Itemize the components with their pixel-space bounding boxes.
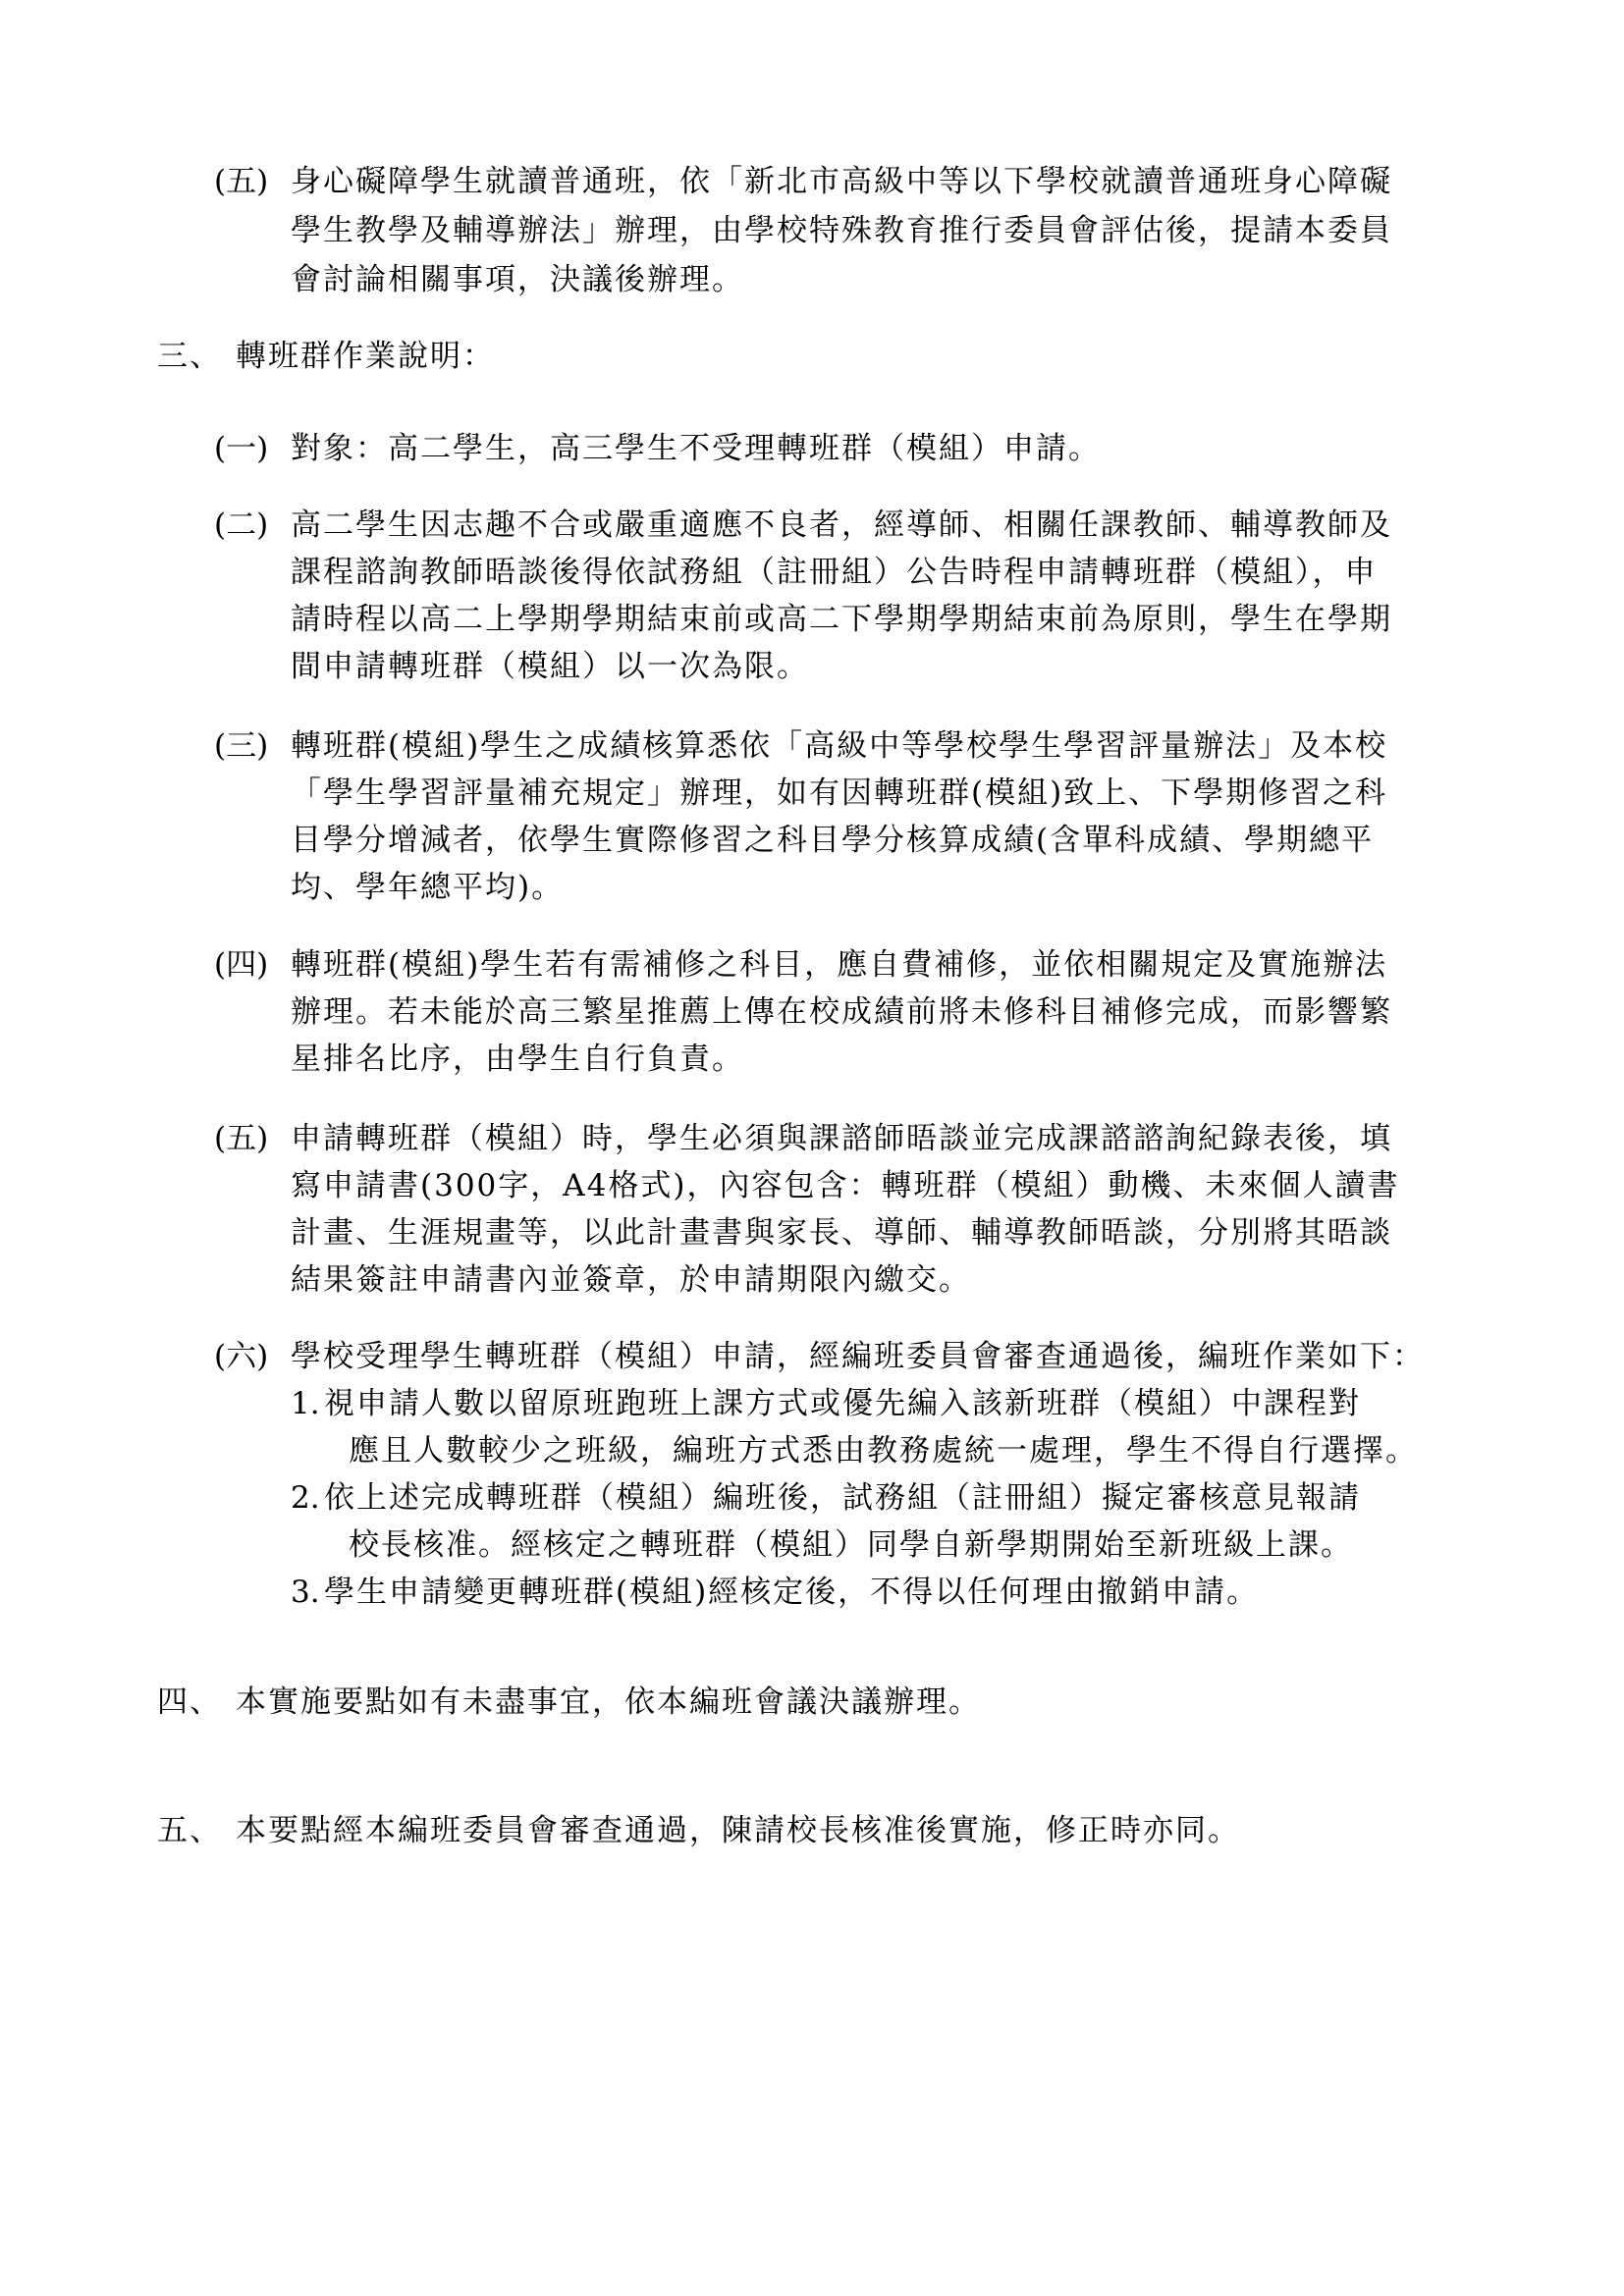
- subitem-text: 依上述完成轉班群（模組）編班後，試務組（註冊組）擬定審核意見報請: [324, 1480, 1361, 1516]
- item-text: 高二學生因志趣不合或嚴重適應不良者，經導師、相關任課教師、輔導教師及: [291, 507, 1392, 543]
- section-5: 五、本要點經本編班委員會審查通過，陳請校長核准後實施，修正時亦同。: [157, 1811, 1240, 1850]
- sec3-item2-line1: (二)高二學生因志趣不合或嚴重適應不良者，經導師、相關任課教師、輔導教師及: [214, 506, 1392, 545]
- item-text: 學校受理學生轉班群（模組）申請，經編班委員會審查通過後，編班作業如下：: [291, 1339, 1425, 1374]
- subitem-label: 3.: [291, 1573, 324, 1612]
- subitem-text: 學生申請變更轉班群(模組)經核定後，不得以任何理由撤銷申請。: [324, 1575, 1259, 1610]
- item-text: 轉班群(模組)學生若有需補修之科目，應自費補修，並依相關規定及實施辦法: [291, 947, 1387, 983]
- item-label: (五): [214, 1119, 291, 1158]
- sec3-item4-line2: 辦理。若未能於高三繁星推薦上傳在校成績前將未修科目補修完成，而影響繁: [291, 992, 1392, 1032]
- sec3-item5-line1: (五)申請轉班群（模組）時，學生必須與課諮師晤談並完成課諮諮詢紀錄表後，填: [214, 1119, 1392, 1158]
- sec2-item5-line2: 學生教學及輔導辦法」辦理，由學校特殊教育推行委員會評估後，提請本委員: [291, 211, 1392, 250]
- sec3-item3-line4: 均、學年總平均)。: [291, 868, 564, 907]
- section-number: 三、: [157, 337, 236, 376]
- section-number: 五、: [157, 1811, 236, 1850]
- sec3-item4-line3: 星排名比序，由學生自行負責。: [291, 1040, 744, 1079]
- sec3-item6-sub1-line2: 應且人數較少之班級，編班方式悉由教務處統一處理，學生不得自行選擇。: [349, 1431, 1418, 1470]
- subitem-text: 視申請人數以留原班跑班上課方式或優先編入該新班群（模組）中課程對: [324, 1386, 1361, 1421]
- subitem-label: 1.: [291, 1384, 324, 1423]
- sec3-item5-line2: 寫申請書(300字，A4格式)，內容包含：轉班群（模組）動機、未來個人讀書: [291, 1166, 1399, 1205]
- item-label: (三): [214, 726, 291, 766]
- section-3-heading: 三、轉班群作業說明：: [157, 337, 495, 376]
- sec3-item5-line3: 計畫、生涯規畫等，以此計畫書與家長、導師、輔導教師晤談，分別將其晤談: [291, 1213, 1392, 1253]
- sec3-item6-sub3-line1: 3.學生申請變更轉班群(模組)經核定後，不得以任何理由撤銷申請。: [291, 1573, 1259, 1612]
- sec3-item3-line2: 「學生學習評量補充規定」辦理，如有因轉班群(模組)致上、下學期修習之科: [291, 774, 1387, 813]
- item-label: (一): [214, 429, 291, 468]
- sec3-item3-line3: 目學分增減者，依學生實際修習之科目學分核算成績(含單科成績、學期總平: [291, 821, 1374, 860]
- sec2-item5-line1: (五)身心礙障學生就讀普通班，依「新北市高級中等以下學校就讀普通班身心障礙: [214, 162, 1392, 201]
- sec3-item1-line1: (一)對象：高二學生，高三學生不受理轉班群（模組）申請。: [214, 429, 1101, 468]
- sec3-item2-line4: 間申請轉班群（模組）以一次為限。: [291, 647, 809, 686]
- item-label: (二): [214, 506, 291, 545]
- item-text: 對象：高二學生，高三學生不受理轉班群（模組）申請。: [291, 431, 1101, 466]
- subitem-label: 2.: [291, 1478, 324, 1518]
- sec3-item4-line1: (四)轉班群(模組)學生若有需補修之科目，應自費補修，並依相關規定及實施辦法: [214, 945, 1387, 985]
- sec3-item6-sub2-line2: 校長核准。經核定之轉班群（模組）同學自新學期開始至新班級上課。: [349, 1525, 1353, 1565]
- sec3-item2-line3: 請時程以高二上學期學期結束前或高二下學期學期結束前為原則，學生在學期: [291, 600, 1392, 639]
- sec2-item5-line3: 會討論相關事項，決議後辦理。: [291, 260, 744, 299]
- item-text: 轉班群(模組)學生之成績核算悉依「高級中等學校學生學習評量辦法」及本校: [291, 728, 1387, 764]
- sec3-item6-sub1-line1: 1.視申請人數以留原班跑班上課方式或優先編入該新班群（模組）中課程對: [291, 1384, 1361, 1423]
- item-label: (四): [214, 945, 291, 985]
- sec3-item6-line1: (六)學校受理學生轉班群（模組）申請，經編班委員會審查通過後，編班作業如下：: [214, 1337, 1425, 1376]
- sec3-item6-sub2-line1: 2.依上述完成轉班群（模組）編班後，試務組（註冊組）擬定審核意見報請: [291, 1478, 1361, 1518]
- section-text: 本要點經本編班委員會審查通過，陳請校長核准後實施，修正時亦同。: [236, 1813, 1240, 1848]
- item-label: (五): [214, 162, 291, 201]
- item-text: 身心礙障學生就讀普通班，依「新北市高級中等以下學校就讀普通班身心障礙: [291, 164, 1392, 199]
- item-text: 申請轉班群（模組）時，學生必須與課諮師晤談並完成課諮諮詢紀錄表後，填: [291, 1121, 1392, 1156]
- sec3-item2-line2: 課程諮詢教師晤談後得依試務組（註冊組）公告時程申請轉班群（模組），申: [291, 553, 1378, 592]
- section-number: 四、: [157, 1682, 236, 1722]
- section-title: 轉班群作業說明：: [236, 339, 495, 374]
- sec3-item5-line4: 結果簽註申請書內並簽章，於申請期限內繳交。: [291, 1260, 971, 1300]
- document-page: (五)身心礙障學生就讀普通班，依「新北市高級中等以下學校就讀普通班身心障礙 學生…: [0, 0, 1624, 2296]
- section-4: 四、本實施要點如有未盡事宜，依本編班會議決議辦理。: [157, 1682, 981, 1722]
- sec3-item3-line1: (三)轉班群(模組)學生之成績核算悉依「高級中等學校學生學習評量辦法」及本校: [214, 726, 1387, 766]
- section-text: 本實施要點如有未盡事宜，依本編班會議決議辦理。: [236, 1684, 981, 1720]
- item-label: (六): [214, 1337, 291, 1376]
